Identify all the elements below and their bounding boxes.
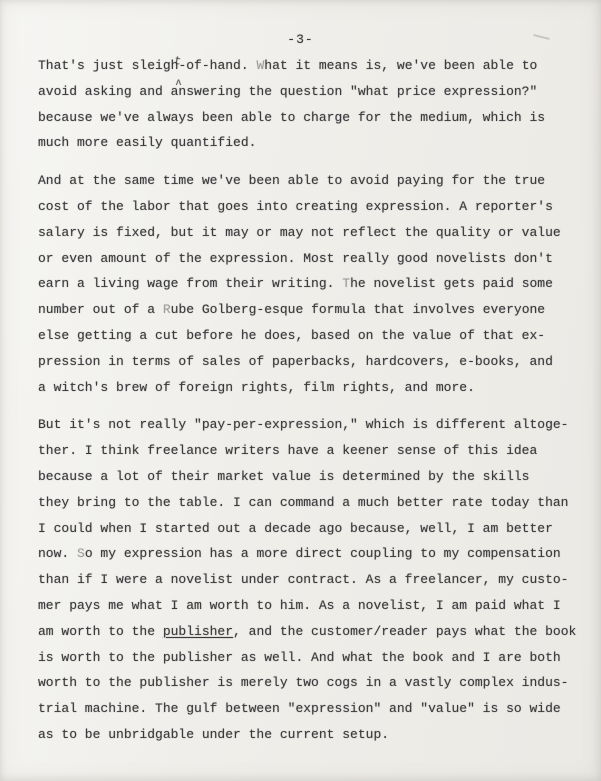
text-segment: than if I were a novelist under contract… <box>38 572 569 587</box>
text-segment: hat it means is, we've been able to <box>264 58 537 73</box>
text-segment: am worth to the <box>38 624 163 639</box>
text-segment: is worth to the publisher as well. And w… <box>38 650 561 665</box>
caret-mark: ʌ <box>175 71 181 97</box>
text-segment: cost of the labor that goes into creatin… <box>38 199 553 214</box>
text-segment: o my expression has a more direct coupli… <box>85 546 561 561</box>
document-line: else getting a cut before he does, based… <box>38 323 583 349</box>
document-line: earn a living wage from their writing. T… <box>38 271 583 297</box>
text-segment: now. <box>38 546 77 561</box>
document-line: am worth to the publisher, and the custo… <box>38 619 583 645</box>
text-segment: or even amount of the expression. Most r… <box>38 251 553 266</box>
document-line: mer pays me what I am worth to him. As a… <box>38 593 583 619</box>
text-segment: earn a living wage from their writing. <box>38 276 342 291</box>
text-segment: a witch's brew of foreign rights, film r… <box>38 380 475 395</box>
document-line: That's just sleightʌ-of-hand. What it me… <box>38 53 583 79</box>
document-body: That's just sleightʌ-of-hand. What it me… <box>38 53 583 760</box>
text-segment: But it's not really "pay-per-expression,… <box>38 417 569 432</box>
text-segment: T <box>342 276 350 291</box>
text-segment: pression in terms of sales of paperbacks… <box>38 354 553 369</box>
text-segment: That's just sleigh <box>38 58 178 73</box>
document-page: -3- That's just sleightʌ-of-hand. What i… <box>0 0 601 781</box>
document-line: now. So my expression has a more direct … <box>38 541 583 567</box>
document-line: ther. I think freelance writers have a k… <box>38 438 583 464</box>
text-segment: as to be unbridgable under the current s… <box>38 727 389 742</box>
text-segment: number out of a <box>38 302 163 317</box>
document-line: salary is fixed, but it may or may not r… <box>38 220 583 246</box>
paragraph: And at the same time we've been able to … <box>38 168 583 400</box>
text-segment: avoid asking and answering the question … <box>38 84 537 99</box>
document-line: is worth to the publisher as well. And w… <box>38 645 583 671</box>
text-segment: ther. I think freelance writers have a k… <box>38 443 537 458</box>
document-line: But it's not really "pay-per-expression,… <box>38 412 583 438</box>
text-segment: trial machine. The gulf between "express… <box>38 701 561 716</box>
text-segment: worth to the publisher is merely two cog… <box>38 675 569 690</box>
text-segment: And at the same time we've been able to … <box>38 173 545 188</box>
text-segment: S <box>77 546 85 561</box>
document-line: than if I were a novelist under contract… <box>38 567 583 593</box>
document-line: I could when I started out a decade ago … <box>38 516 583 542</box>
text-segment: W <box>256 58 264 73</box>
document-line: a witch's brew of foreign rights, film r… <box>38 375 583 401</box>
text-segment: salary is fixed, but it may or may not r… <box>38 225 561 240</box>
page-number: -3- <box>0 27 601 53</box>
document-line: because a lot of their market value is d… <box>38 464 583 490</box>
document-line: worth to the publisher is merely two cog… <box>38 670 583 696</box>
underlined-text: publisher <box>163 624 233 639</box>
document-line: or even amount of the expression. Most r… <box>38 246 583 272</box>
text-segment: they bring to the table. I can command a… <box>38 495 569 510</box>
document-line: they bring to the table. I can command a… <box>38 490 583 516</box>
text-segment: I could when I started out a decade ago … <box>38 521 553 536</box>
document-line: as to be unbridgable under the current s… <box>38 722 583 748</box>
text-segment: -of-hand. <box>178 58 256 73</box>
text-segment: much more easily quantified. <box>38 135 256 150</box>
text-segment: R <box>163 302 171 317</box>
document-line: because we've always been able to charge… <box>38 105 583 131</box>
text-segment: else getting a cut before he does, based… <box>38 328 545 343</box>
document-line: pression in terms of sales of paperbacks… <box>38 349 583 375</box>
text-segment: he novelist gets paid some <box>350 276 553 291</box>
document-line: And at the same time we've been able to … <box>38 168 583 194</box>
text-segment: because a lot of their market value is d… <box>38 469 529 484</box>
document-line: trial machine. The gulf between "express… <box>38 696 583 722</box>
paragraph: But it's not really "pay-per-expression,… <box>38 412 583 747</box>
document-line: avoid asking and answering the question … <box>38 79 583 105</box>
text-segment: ube Golberg-esque formula that involves … <box>171 302 545 317</box>
document-line: cost of the labor that goes into creatin… <box>38 194 583 220</box>
paragraph: That's just sleightʌ-of-hand. What it me… <box>38 53 583 156</box>
text-segment: because we've always been able to charge… <box>38 110 545 125</box>
text-segment: , and the customer/reader pays what the … <box>233 624 576 639</box>
document-line: much more easily quantified. <box>38 130 583 156</box>
document-line: number out of a Rube Golberg-esque formu… <box>38 297 583 323</box>
text-segment: mer pays me what I am worth to him. As a… <box>38 598 561 613</box>
